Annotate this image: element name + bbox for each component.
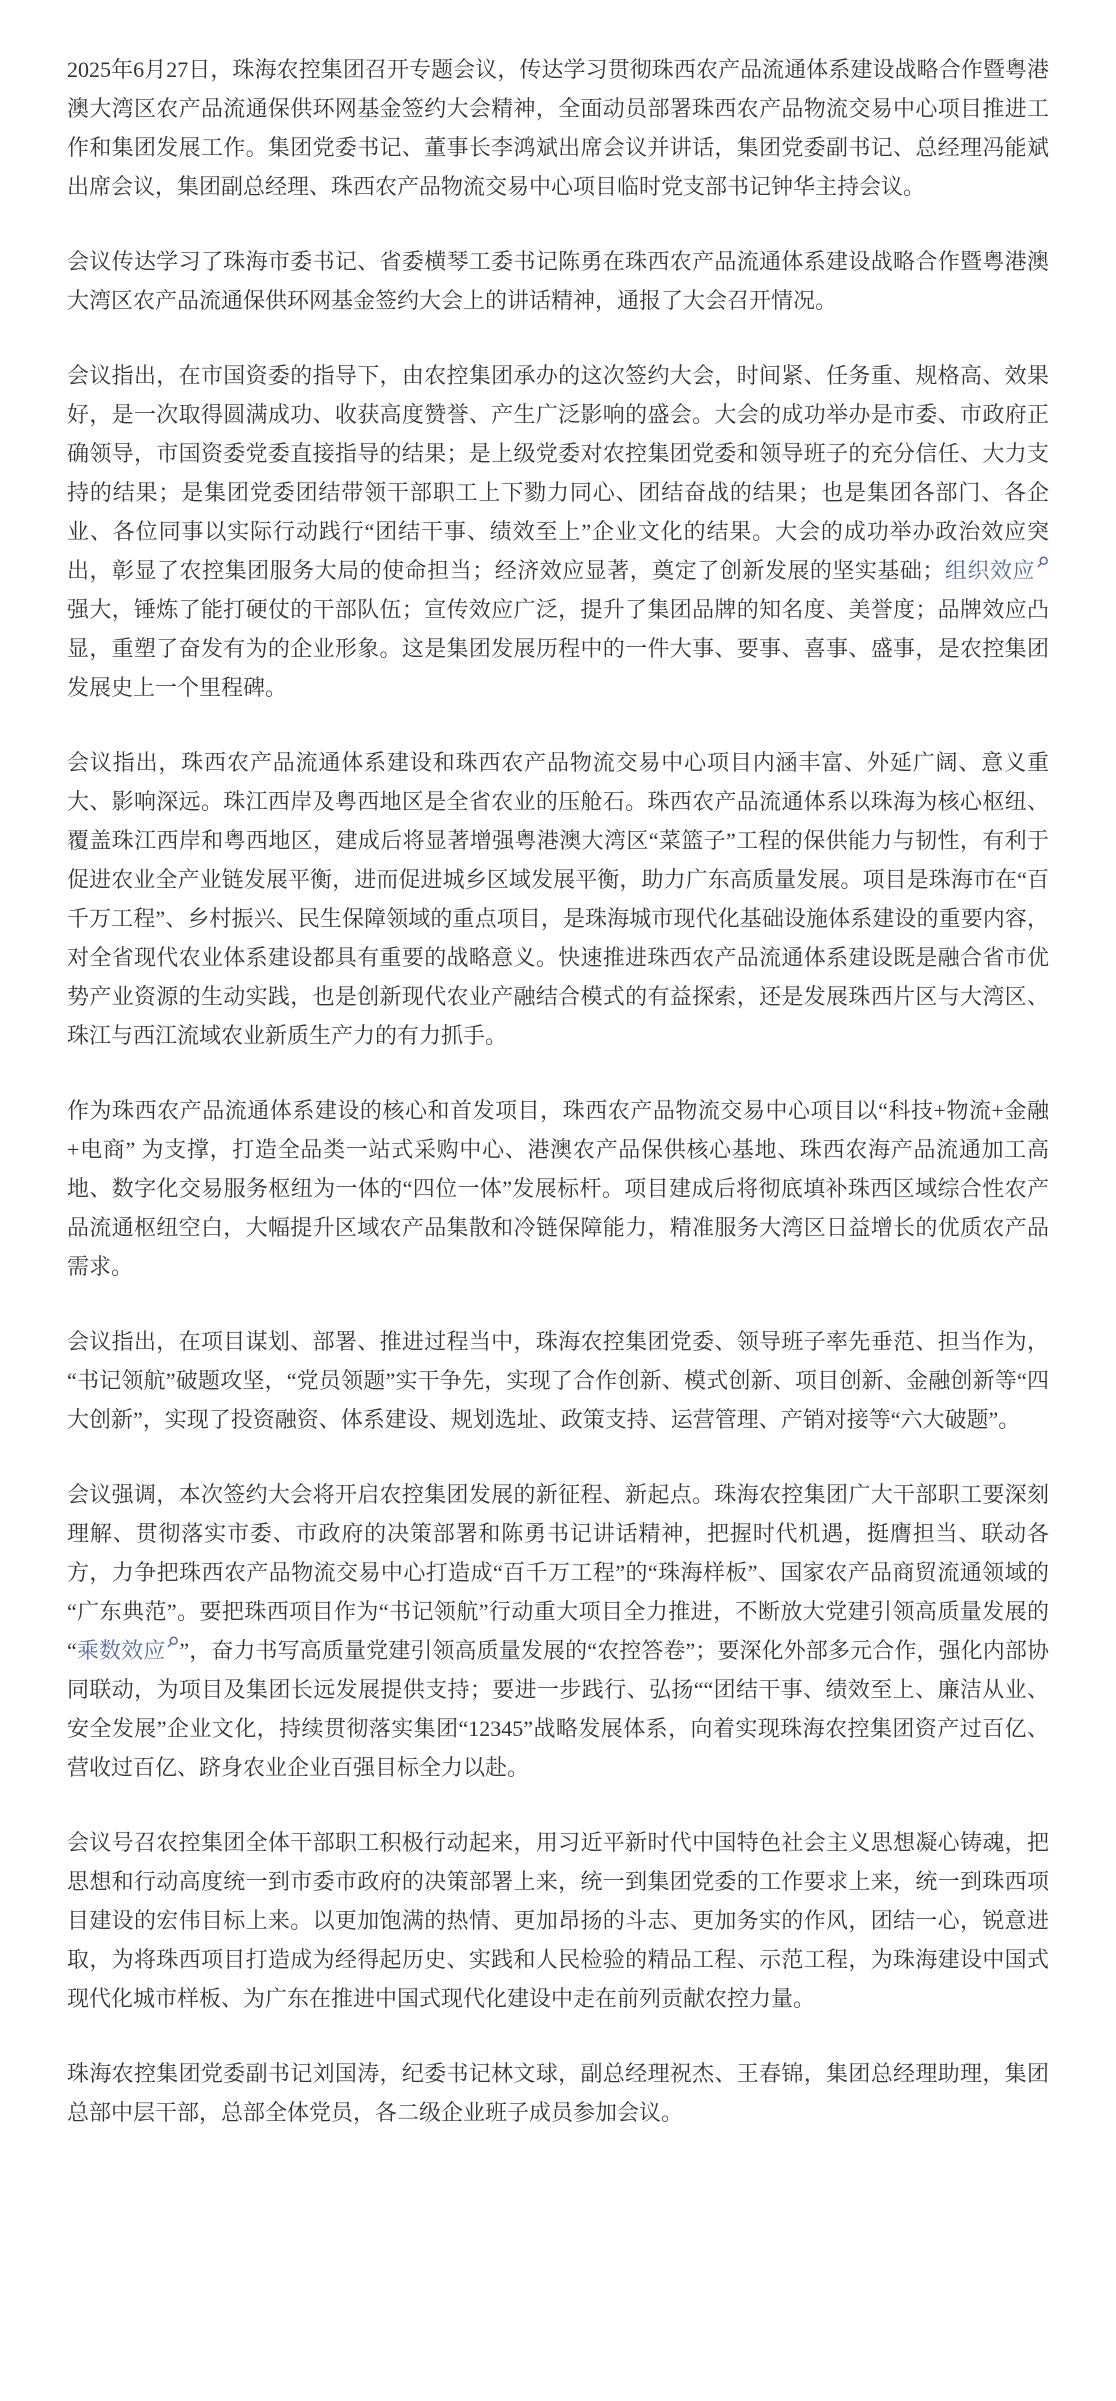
paragraph: 会议传达学习了珠海市委书记、省委横琴工委书记陈勇在珠西农产品流通体系建设战略合作…: [67, 242, 1049, 320]
paragraph-text: 强大，锤炼了能打硬仗的干部队伍；宣传效应广泛，提升了集团品牌的知名度、美誉度；品…: [67, 597, 1049, 700]
paragraph-text: 会议指出，在市国资委的指导下，由农控集团承办的这次签约大会，时间紧、任务重、规格…: [67, 363, 1049, 583]
paragraph-text: 会议指出，在项目谋划、部署、推进过程当中，珠海农控集团党委、领导班子率先垂范、担…: [67, 1329, 1049, 1432]
search-term-link[interactable]: 组织效应: [944, 558, 1049, 583]
paragraph: 会议号召农控集团全体干部职工积极行动起来，用习近平新时代中国特色社会主义思想凝心…: [67, 1823, 1049, 2018]
paragraph-text: 珠海农控集团党委副书记刘国涛，纪委书记林文球，副总经理祝杰、王春锦，集团总经理助…: [67, 2061, 1049, 2125]
paragraph-text: ”，奋力书写高质量党建引领高质量发展的“农控答卷”；要深化外部多元合作，强化内部…: [67, 1638, 1049, 1780]
paragraph: 会议指出，珠西农产品流通体系建设和珠西农产品物流交易中心项目内涵丰富、外延广阔、…: [67, 743, 1049, 1055]
paragraph: 会议指出，在项目谋划、部署、推进过程当中，珠海农控集团党委、领导班子率先垂范、担…: [67, 1322, 1049, 1439]
paragraph: 会议指出，在市国资委的指导下，由农控集团承办的这次签约大会，时间紧、任务重、规格…: [67, 356, 1049, 707]
search-term-text: 乘数效应: [77, 1638, 166, 1663]
article-body: 2025年6月27日，珠海农控集团召开专题会议，传达学习贯彻珠西农产品流通体系建…: [0, 0, 1116, 2401]
paragraph-text: 作为珠西农产品流通体系建设的核心和首发项目，珠西农产品物流交易中心项目以“科技+…: [67, 1098, 1049, 1279]
paragraph-text: 会议传达学习了珠海市委书记、省委横琴工委书记陈勇在珠西农产品流通体系建设战略合作…: [67, 249, 1049, 313]
paragraph-text: 2025年6月27日，珠海农控集团召开专题会议，传达学习贯彻珠西农产品流通体系建…: [67, 57, 1049, 199]
paragraph-text: 会议号召农控集团全体干部职工积极行动起来，用习近平新时代中国特色社会主义思想凝心…: [67, 1830, 1049, 2011]
search-icon: [1036, 556, 1049, 569]
paragraph: 作为珠西农产品流通体系建设的核心和首发项目，珠西农产品物流交易中心项目以“科技+…: [67, 1091, 1049, 1286]
paragraph: 2025年6月27日，珠海农控集团召开专题会议，传达学习贯彻珠西农产品流通体系建…: [67, 50, 1049, 206]
search-icon: [166, 1636, 179, 1649]
paragraph: 会议强调，本次签约大会将开启农控集团发展的新征程、新起点。珠海农控集团广大干部职…: [67, 1475, 1049, 1787]
search-term-text: 组织效应: [944, 558, 1035, 583]
paragraph-text: 会议强调，本次签约大会将开启农控集团发展的新征程、新起点。珠海农控集团广大干部职…: [67, 1482, 1049, 1663]
paragraph: 珠海农控集团党委副书记刘国涛，纪委书记林文球，副总经理祝杰、王春锦，集团总经理助…: [67, 2054, 1049, 2132]
paragraph-text: 会议指出，珠西农产品流通体系建设和珠西农产品物流交易中心项目内涵丰富、外延广阔、…: [67, 750, 1049, 1048]
search-term-link[interactable]: 乘数效应: [77, 1638, 180, 1663]
